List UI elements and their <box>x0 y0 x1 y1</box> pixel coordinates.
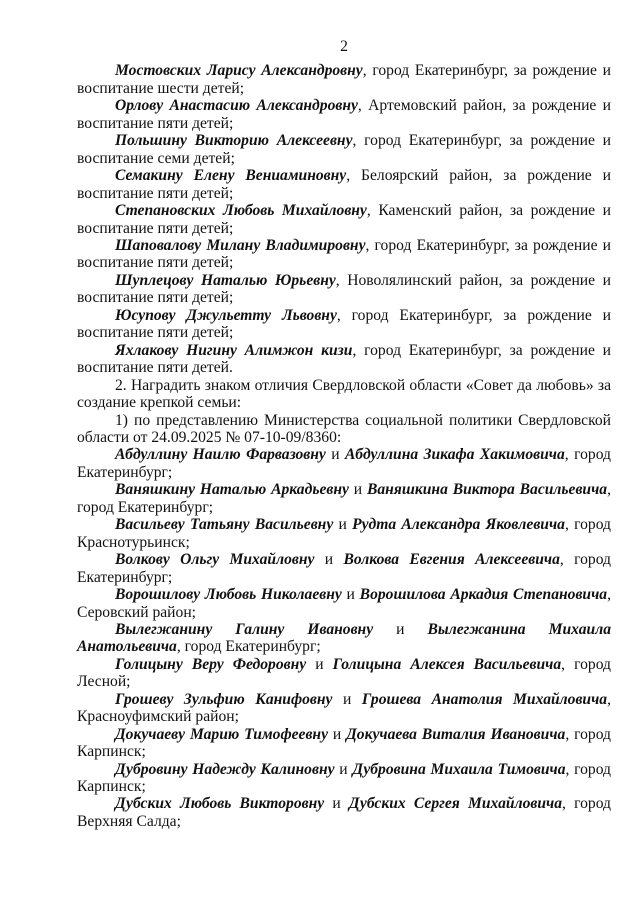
conjunction: и <box>333 516 352 533</box>
couple-entry: Волкову Ольгу Михайловну и Волкова Евген… <box>77 551 611 586</box>
recipient-name: Шаповалову Милану Владимировну <box>115 237 366 254</box>
award-entry: Шуплецову Наталью Юрьевну, Новолялинский… <box>77 272 611 307</box>
conjunction: и <box>349 481 367 498</box>
conjunction: и <box>373 621 427 638</box>
conjunction: и <box>332 691 361 708</box>
conjunction: и <box>335 761 353 778</box>
award-entry: Орлову Анастасию Александровну, Артемовс… <box>77 97 611 132</box>
husband-name: Голицына Алексея Васильевича <box>333 656 562 673</box>
wife-name: Дубровину Надежду Калиновну <box>115 761 335 778</box>
husband-name: Дубровина Михаила Тимовича <box>352 761 565 778</box>
couples-list: Абдуллину Наилю Фарвазовну и Абдуллина З… <box>77 446 611 830</box>
wife-name: Докучаеву Марию Тимофеевну <box>115 726 328 743</box>
couple-location: , город Екатеринбург; <box>177 638 321 655</box>
husband-name: Дубских Сергея Михайловича <box>349 795 562 812</box>
couple-entry: Ваняшкину Наталью Аркадьевну и Ваняшкина… <box>77 481 611 516</box>
wife-name: Грошеву Зульфию Канифовну <box>115 691 332 708</box>
recipient-name: Мостовских Ларису Александровну <box>115 62 363 79</box>
recipient-name: Яхлакову Нигину Алимжон кизи <box>115 342 352 359</box>
wife-name: Дубских Любовь Викторовну <box>115 795 324 812</box>
subitem1-paragraph: 1) по представлению Министерства социаль… <box>77 412 611 447</box>
wife-name: Вылегжанину Галину Ивановну <box>115 621 373 638</box>
conjunction: и <box>326 446 345 463</box>
recipient-name: Семакину Елену Вениаминовну <box>115 167 346 184</box>
couple-entry: Докучаеву Марию Тимофеевну и Докучаева В… <box>77 726 611 761</box>
award-entry: Шаповалову Милану Владимировну, город Ек… <box>77 237 611 272</box>
award-entry: Юсупову Джульетту Львовну, город Екатери… <box>77 307 611 342</box>
conjunction: и <box>324 795 349 812</box>
recipient-name: Орлову Анастасию Александровну <box>115 97 358 114</box>
wife-name: Ворошилову Любовь Николаевну <box>115 586 342 603</box>
recipient-name: Юсупову Джульетту Львовну <box>115 307 337 324</box>
couple-entry: Грошеву Зульфию Канифовну и Грошева Анат… <box>77 691 611 726</box>
award-entry: Степановских Любовь Михайловну, Каменски… <box>77 202 611 237</box>
couple-entry: Дубских Любовь Викторовну и Дубских Серг… <box>77 795 611 830</box>
husband-name: Докучаева Виталия Ивановича <box>346 726 565 743</box>
wife-name: Голицыну Веру Федоровну <box>115 656 306 673</box>
couple-entry: Дубровину Надежду Калиновну и Дубровина … <box>77 761 611 796</box>
husband-name: Ваняшкина Виктора Васильевича <box>367 481 607 498</box>
couple-entry: Голицыну Веру Федоровну и Голицына Алекс… <box>77 656 611 691</box>
husband-name: Рудта Александра Яковлевича <box>352 516 565 533</box>
wife-name: Волкову Ольгу Михайловну <box>115 551 314 568</box>
item2-paragraph: 2. Наградить знаком отличия Свердловской… <box>77 377 611 412</box>
couple-entry: Васильеву Татьяну Васильевну и Рудта Але… <box>77 516 611 551</box>
award-entry: Польшину Викторию Алексеевну, город Екат… <box>77 132 611 167</box>
husband-name: Волкова Евгения Алексеевича <box>343 551 559 568</box>
document-page: 2 Мостовских Ларису Александровну, город… <box>77 38 611 830</box>
recipient-name: Шуплецову Наталью Юрьевну <box>115 272 336 289</box>
award-entry: Семакину Елену Вениаминовну, Белоярский … <box>77 167 611 202</box>
wife-name: Васильеву Татьяну Васильевну <box>115 516 333 533</box>
recipient-name: Степановских Любовь Михайловну <box>115 202 367 219</box>
conjunction: и <box>314 551 343 568</box>
conjunction: и <box>328 726 346 743</box>
wife-name: Ваняшкину Наталью Аркадьевну <box>115 481 349 498</box>
award-entry: Мостовских Ларису Александровну, город Е… <box>77 62 611 97</box>
couple-entry: Абдуллину Наилю Фарвазовну и Абдуллина З… <box>77 446 611 481</box>
husband-name: Абдуллина Зикафа Хакимовича <box>345 446 565 463</box>
couple-entry: Ворошилову Любовь Николаевну и Ворошилов… <box>77 586 611 621</box>
recipient-name: Польшину Викторию Алексеевну <box>115 132 353 149</box>
husband-name: Ворошилова Аркадия Степановича <box>360 586 607 603</box>
award-entry: Яхлакову Нигину Алимжон кизи, город Екат… <box>77 342 611 377</box>
conjunction: и <box>342 586 360 603</box>
conjunction: и <box>306 656 332 673</box>
couple-entry: Вылегжанину Галину Ивановну и Вылегжанин… <box>77 621 611 656</box>
husband-name: Грошева Анатолия Михайловича <box>362 691 607 708</box>
page-number: 2 <box>77 38 611 55</box>
wife-name: Абдуллину Наилю Фарвазовну <box>115 446 326 463</box>
section1-list: Мостовских Ларису Александровну, город Е… <box>77 62 611 376</box>
